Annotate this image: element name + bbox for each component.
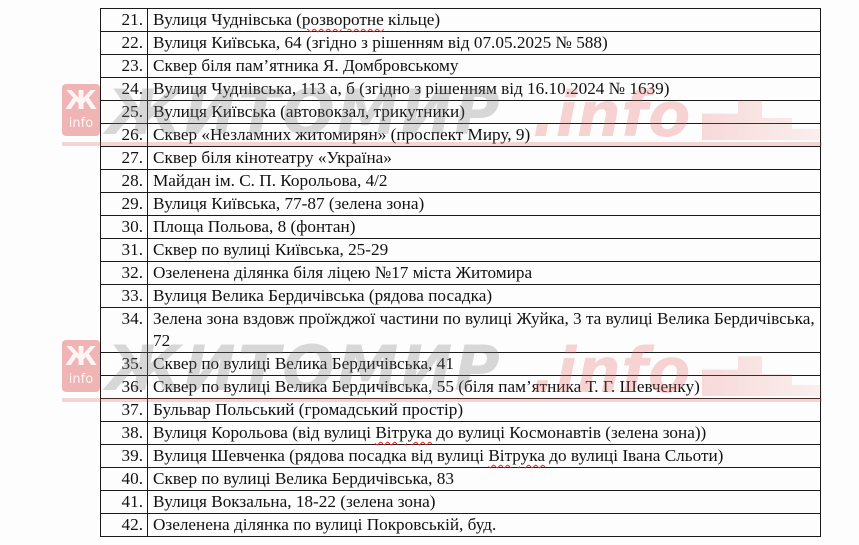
table-row: 25.Вулиця Київська (автовокзал, трикутни… [101,101,821,124]
table-row: 32.Озеленена ділянка біля ліцею №17 міст… [101,262,821,285]
row-number: 21. [101,9,148,32]
watermark-logo-icon: Жinfo [62,340,100,392]
table-row: 26.Сквер «Незламних житомирян» (проспект… [101,124,821,147]
row-number: 23. [101,55,148,78]
row-location: Вулиця Київська, 77-87 (зелена зона) [148,193,821,216]
table-row: 37.Бульвар Польський (громадський прості… [101,399,821,422]
row-location: Площа Польова, 8 (фонтан) [148,216,821,239]
row-location: Вулиця Чуднівська (розворотне кільце) [148,9,821,32]
table-row: 24.Вулиця Чуднівська, 113 а, б (згідно з… [101,78,821,101]
row-number: 33. [101,285,148,308]
table-row: 36.Сквер по вулиці Велика Бердичівська, … [101,376,821,399]
row-location: Сквер «Незламних житомирян» (проспект Ми… [148,124,821,147]
row-number: 30. [101,216,148,239]
row-location: Вулиця Шевченка (рядова посадка від вули… [148,445,821,468]
row-number: 31. [101,239,148,262]
row-location: Сквер по вулиці Велика Бердичівська, 41 [148,353,821,376]
row-location: Вулиця Чуднівська, 113 а, б (згідно з рі… [148,78,821,101]
table-row: 38.Вулиця Корольова (від вулиці Вітрука … [101,422,821,445]
table-row: 42.Озеленена ділянка по вулиці Покровськ… [101,514,821,537]
row-number: 32. [101,262,148,285]
row-location: Сквер по вулиці Київська, 25-29 [148,239,821,262]
row-location: Озеленена ділянка біля ліцею №17 міста Ж… [148,262,821,285]
table-row: 31.Сквер по вулиці Київська, 25-29 [101,239,821,262]
row-number: 41. [101,491,148,514]
table-row: 28.Майдан ім. С. П. Корольова, 4/2 [101,170,821,193]
row-number: 35. [101,353,148,376]
row-location: Зелена зона вздовж проїжджої частини по … [148,308,821,353]
row-location: Бульвар Польський (громадський простір) [148,399,821,422]
table-row: 27.Сквер біля кінотеатру «Україна» [101,147,821,170]
row-number: 29. [101,193,148,216]
table-row: 41.Вулиця Вокзальна, 18-22 (зелена зона) [101,491,821,514]
row-number: 25. [101,101,148,124]
row-number: 40. [101,468,148,491]
row-location: Вулиця Корольова (від вулиці Вітрука до … [148,422,821,445]
spellcheck-mark: Вітрука [375,423,432,442]
row-number: 39. [101,445,148,468]
table-row: 33.Вулиця Велика Бердичівська (рядова по… [101,285,821,308]
row-number: 24. [101,78,148,101]
row-location: Озеленена ділянка по вулиці Покровській,… [148,514,821,537]
table-row: 35.Сквер по вулиці Велика Бердичівська, … [101,353,821,376]
spellcheck-mark: Вітрука [488,446,545,465]
row-location: Сквер біля кінотеатру «Україна» [148,147,821,170]
locations-table: 21.Вулиця Чуднівська (розворотне кільце)… [100,8,821,537]
spellcheck-mark: розворотне [302,10,384,29]
row-number: 36. [101,376,148,399]
table-row: 34.Зелена зона вздовж проїжджої частини … [101,308,821,353]
row-location: Вулиця Київська (автовокзал, трикутники) [148,101,821,124]
page-corner-mark: ` [826,0,831,8]
row-number: 26. [101,124,148,147]
row-number: 22. [101,32,148,55]
row-number: 28. [101,170,148,193]
row-location: Вулиця Вокзальна, 18-22 (зелена зона) [148,491,821,514]
table-row: 39.Вулиця Шевченка (рядова посадка від в… [101,445,821,468]
row-location: Сквер біля пам’ятника Я. Домбровському [148,55,821,78]
row-location: Вулиця Київська, 64 (згідно з рішенням в… [148,32,821,55]
row-location: Вулиця Велика Бердичівська (рядова посад… [148,285,821,308]
row-number: 38. [101,422,148,445]
table-row: 22.Вулиця Київська, 64 (згідно з рішення… [101,32,821,55]
table-row: 30.Площа Польова, 8 (фонтан) [101,216,821,239]
row-number: 42. [101,514,148,537]
table-row: 29.Вулиця Київська, 77-87 (зелена зона) [101,193,821,216]
row-location: Майдан ім. С. П. Корольова, 4/2 [148,170,821,193]
row-number: 27. [101,147,148,170]
table-row: 21.Вулиця Чуднівська (розворотне кільце) [101,9,821,32]
watermark-logo-icon: Жinfo [62,84,100,136]
row-location: Сквер по вулиці Велика Бердичівська, 55 … [148,376,821,399]
table-row: 23.Сквер біля пам’ятника Я. Домбровськом… [101,55,821,78]
row-location: Сквер по вулиці Велика Бердичівська, 83 [148,468,821,491]
row-number: 37. [101,399,148,422]
table-row: 40.Сквер по вулиці Велика Бердичівська, … [101,468,821,491]
row-number: 34. [101,308,148,353]
